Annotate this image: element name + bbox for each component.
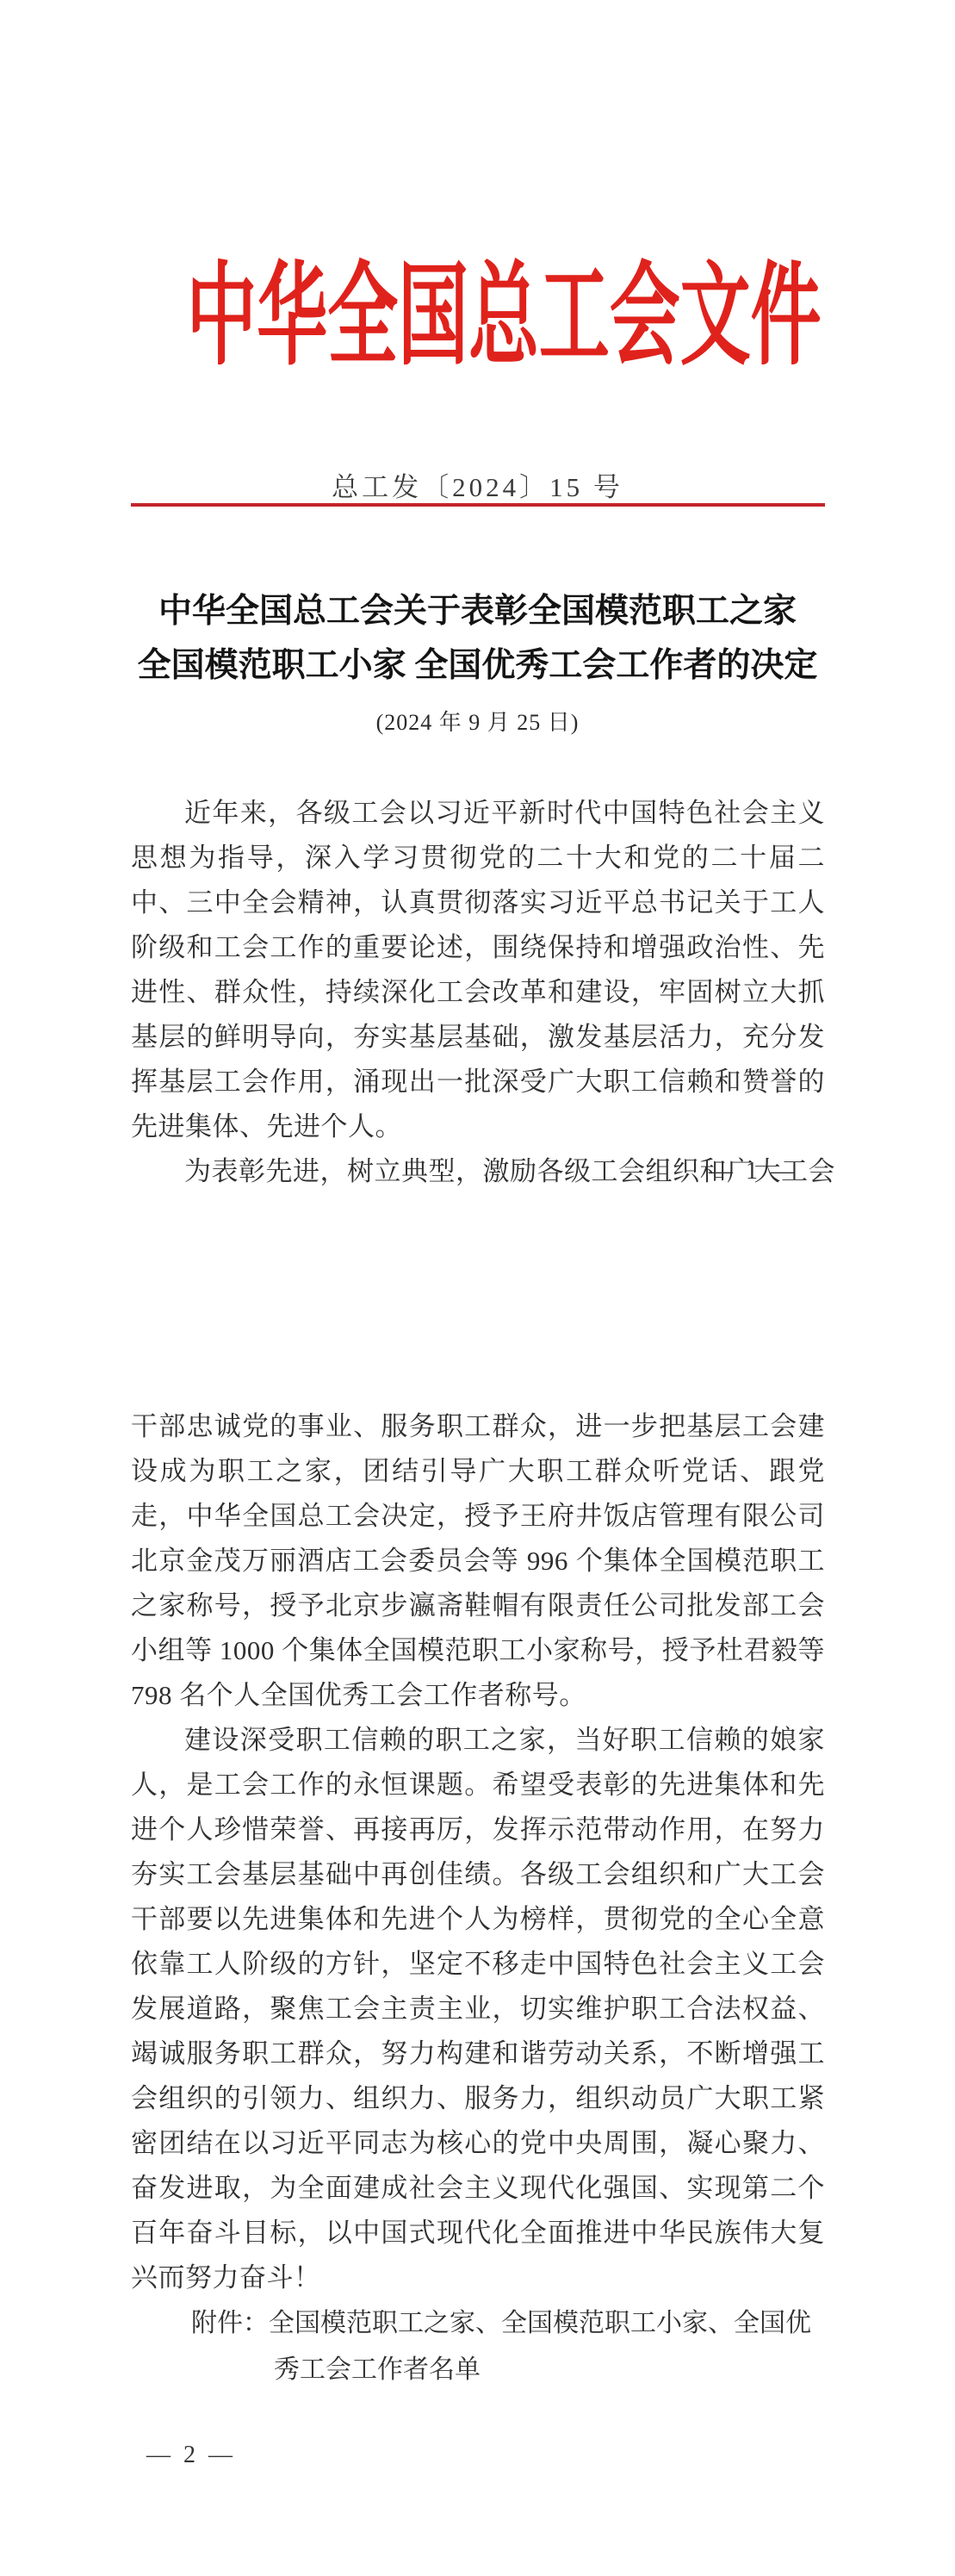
official-document-page: 中华全国总工会文件 总工发〔2024〕15 号 中华全国总工会关于表彰全国模范职… — [0, 0, 955, 2576]
paragraph-2-continuation: 干部忠诚党的事业、服务职工群众，进一步把基层工会建设成为职工之家，团结引导广大职… — [131, 1404, 825, 1718]
document-title: 中华全国总工会关于表彰全国模范职工之家 全国模范职工小家 全国优秀工会工作者的决… — [0, 584, 955, 693]
attachment-note: 附件：全国模范职工之家、全国模范职工小家、全国优秀工会工作者名单 — [191, 2300, 825, 2393]
title-line-2: 全国模范职工小家 全国优秀工会工作者的决定 — [0, 638, 955, 693]
red-separator-rule — [131, 503, 825, 507]
page2-body: 干部忠诚党的事业、服务职工群众，进一步把基层工会建设成为职工之家，团结引导广大职… — [131, 1404, 825, 2300]
page1-number: — 1 — — [709, 1158, 798, 1185]
document-masthead: 中华全国总工会文件 — [0, 258, 955, 376]
document-date: (2024 年 9 月 25 日) — [0, 705, 955, 737]
doc-reference-number: 总工发〔2024〕15 号 — [0, 465, 955, 504]
paragraph-3: 建设深受职工信赖的职工之家，当好职工信赖的娘家人，是工会工作的永恒课题。希望受表… — [131, 1718, 825, 2300]
paragraph-1: 近年来，各级工会以习近平新时代中国特色社会主义思想为指导，深入学习贯彻党的二十大… — [131, 791, 825, 1149]
title-line-1: 中华全国总工会关于表彰全国模范职工之家 — [0, 584, 955, 638]
attachment-label: 附件： — [191, 2309, 269, 2337]
masthead-title: 中华全国总工会文件 — [186, 258, 821, 376]
page2-number: — 2 — — [146, 2442, 236, 2469]
page1-body: 近年来，各级工会以习近平新时代中国特色社会主义思想为指导，深入学习贯彻党的二十大… — [131, 791, 825, 1194]
attachment-text: 全国模范职工之家、全国模范职工小家、全国优秀工会工作者名单 — [269, 2309, 811, 2384]
